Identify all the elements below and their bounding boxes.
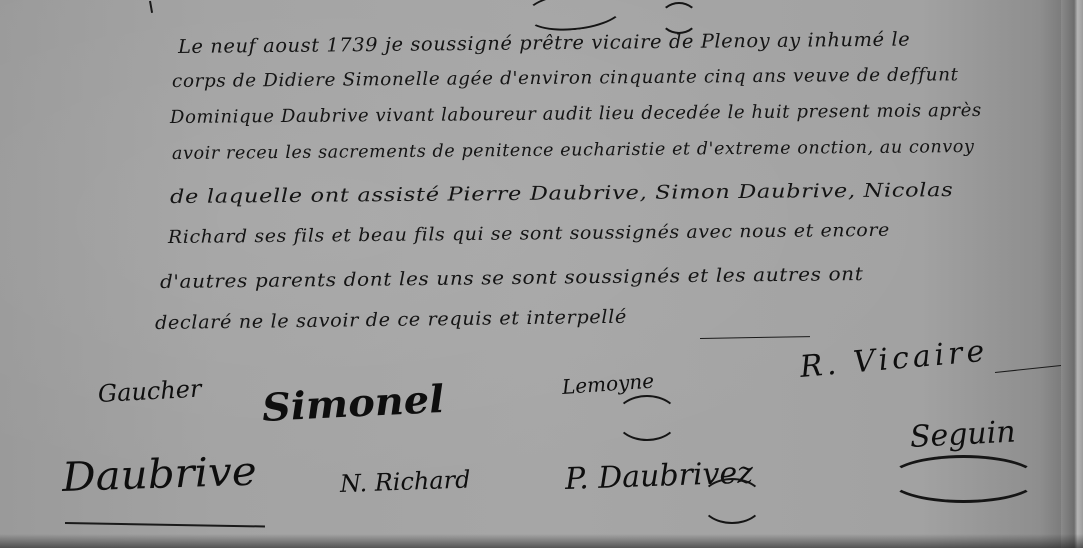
signature-gaucher: Gaucher [97, 375, 202, 408]
signature-n-richard: N. Richard [340, 465, 471, 498]
closing-line-stroke [700, 336, 810, 339]
seguin-flourish [888, 455, 1039, 503]
entry-line-5: de laquelle ont assisté Pierre Daubrive,… [170, 179, 954, 208]
lemoyne-flourish [615, 395, 679, 441]
entry-line-4: avoir receu les sacrements de penitence … [172, 137, 975, 164]
signature-simonel: Simonel [261, 376, 446, 430]
entry-line-3: Dominique Daubrive vivant laboureur audi… [170, 100, 982, 128]
top-flourish-loop [660, 2, 698, 34]
entry-line-7: d'autres parents dont les uns se sont so… [160, 264, 864, 293]
entry-line-8: declaré ne le savoir de ce requis et int… [155, 307, 627, 334]
top-flourish [523, 0, 625, 35]
signature-daubrive: Daubrive [61, 449, 257, 501]
entry-line-6: Richard ses fils et beau fils qui se son… [168, 220, 890, 248]
p-daubrive-flourish [700, 478, 764, 524]
page-bottom-shadow [0, 534, 1083, 548]
book-spine-edge [1061, 0, 1083, 548]
entry-line-2: corps de Didiere Simonelle agée d'enviro… [172, 64, 959, 92]
vicaire-underline [995, 365, 1065, 373]
register-page: Le neuf aoust 1739 je soussigné prêtre v… [0, 0, 1083, 548]
entry-line-1: Le neuf aoust 1739 je soussigné prêtre v… [178, 28, 911, 58]
top-stroke [149, 1, 153, 13]
daubrive-underline [65, 522, 265, 527]
signature-seguin: Seguin [909, 414, 1016, 454]
signature-vicaire: R. Vicaire [798, 334, 989, 385]
